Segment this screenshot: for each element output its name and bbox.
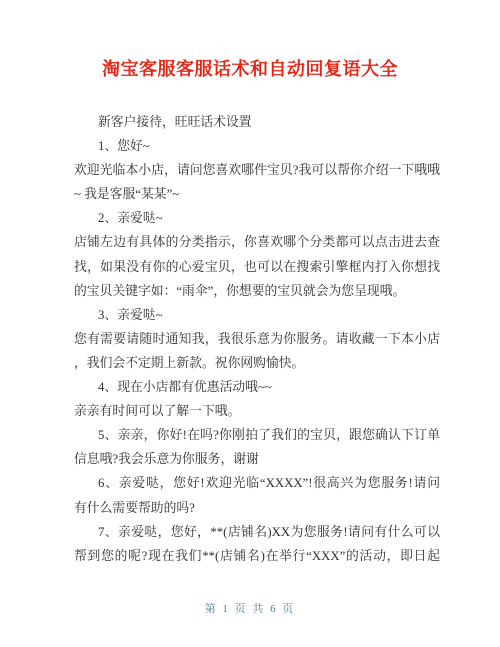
body-line: ，我们会不定期上新款。祝你网购愉快。 (74, 351, 440, 375)
body-line: 帮到您的呢?现在我们**(店铺名)在举行“XXX”的活动，即日起 (74, 544, 440, 568)
body-line: 1、您好~ (74, 134, 440, 158)
document-body: 新客户接待，旺旺话术设置 1、您好~ 欢迎光临本小店，请问您喜欢哪件宝贝?我可以… (74, 110, 440, 568)
body-line: 您有需要请随时通知我，我很乐意为你服务。请收藏一下本小店 (74, 327, 440, 351)
body-line: 7、亲爱哒，您好，**(店铺名)XX为您服务!请问有什么可以 (74, 520, 440, 544)
body-line: 有什么需要帮助的吗? (74, 496, 440, 520)
body-line: 3、亲爱哒~ (74, 303, 440, 327)
body-line: 4、现在小店都有优惠活动哦~~ (74, 375, 440, 399)
body-line: 新客户接待，旺旺话术设置 (74, 110, 440, 134)
body-line: 6、亲爱哒，您好!欢迎光临“XXXX”!很高兴为您服务!请问 (74, 471, 440, 495)
body-line: 5、亲亲，你好!在吗?你刚拍了我们的宝贝，跟您确认下订单 (74, 423, 440, 447)
document-page: 淘宝客服客服话术和自动回复语大全 新客户接待，旺旺话术设置 1、您好~ 欢迎光临… (0, 0, 500, 647)
body-line: 亲亲有时间可以了解一下哦。 (74, 399, 440, 423)
body-line: 欢迎光临本小店，请问您喜欢哪件宝贝?我可以帮你介绍一下哦哦 (74, 158, 440, 182)
body-line: 店铺左边有具体的分类指示，你喜欢哪个分类都可以点击进去查 (74, 230, 440, 254)
body-line: ~ 我是客服“某某”~ (74, 182, 440, 206)
body-line: 2、亲爱哒~ (74, 206, 440, 230)
document-title: 淘宝客服客服话术和自动回复语大全 (0, 56, 500, 82)
body-line: 的宝贝关键字如：“雨伞”，你想要的宝贝就会为您呈现哦。 (74, 279, 440, 303)
page-number-footer: 第 1 页 共 6 页 (0, 601, 500, 617)
body-line: 找，如果没有你的心爱宝贝，也可以在搜索引擎框内打入你想找 (74, 255, 440, 279)
body-line: 信息哦?我会乐意为你服务，谢谢 (74, 447, 440, 471)
